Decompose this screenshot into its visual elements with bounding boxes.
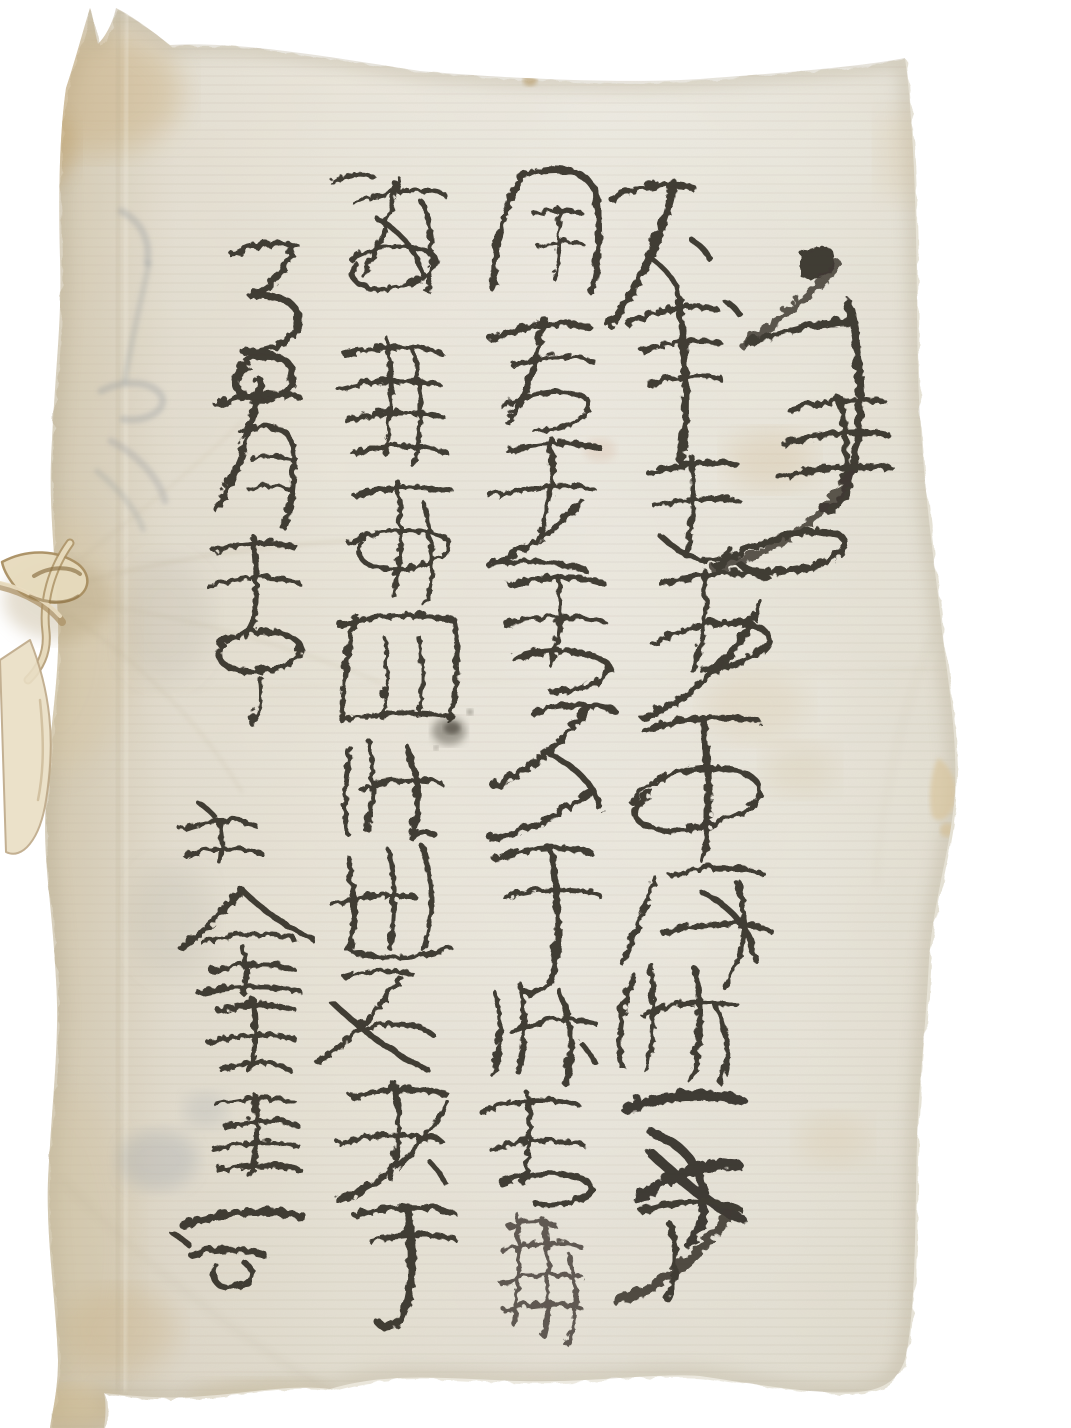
photo-canvas	[0, 0, 1071, 1428]
bleedthrough-cloud	[119, 558, 211, 682]
ink-smudge-core	[444, 722, 460, 734]
stain	[8, 108, 76, 188]
ink-smudge-speck	[467, 709, 473, 715]
stain	[703, 669, 807, 741]
stain	[188, 1380, 332, 1416]
bleedthrough-cloud	[183, 1092, 227, 1128]
stain	[22, 1386, 118, 1428]
stain	[62, 1288, 178, 1372]
stain	[523, 74, 537, 86]
manuscript-photo	[0, 0, 1071, 1428]
bleedthrough-cloud	[130, 862, 214, 978]
stain	[764, 744, 836, 796]
stain	[7, 30, 183, 154]
stain	[797, 1114, 869, 1166]
ink-smudge-speck	[434, 746, 439, 751]
bleedthrough-cloud	[118, 1130, 198, 1190]
stain	[877, 109, 929, 201]
stain	[940, 823, 954, 837]
